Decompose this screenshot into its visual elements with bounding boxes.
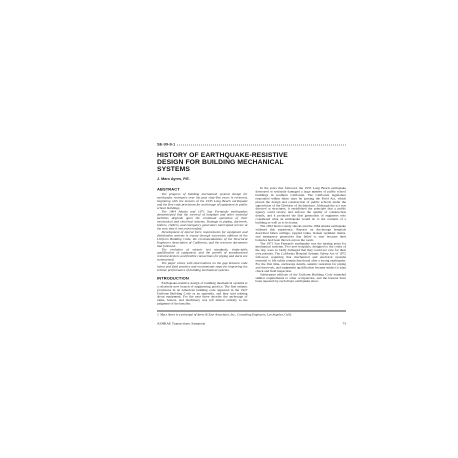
body-paragraph-2: The 1952 Kern County shocks and the 1964…	[256, 225, 347, 242]
header-dotted-rule	[177, 145, 346, 146]
paper-title: HISTORY OF EARTHQUAKE-RESISTIVE DESIGN F…	[157, 152, 346, 173]
footer-journal-label: ASHRAE Transactions: Symposia	[157, 322, 205, 326]
introduction-heading: INTRODUCTION	[157, 276, 248, 281]
paper-number: SE-99-8-1	[157, 142, 177, 147]
introduction-paragraph-1: Earthquake-resistive design of building …	[157, 282, 248, 306]
left-column: ABSTRACT The progress of building mechan…	[157, 187, 248, 306]
abstract-paragraph-4: The evolution of seismic test standards,…	[157, 248, 248, 262]
title-line-3: SYSTEMS	[157, 166, 346, 173]
footer-page-number: 73	[343, 322, 347, 326]
body-paragraph-3: The 1971 San Fernando earthquake was the…	[256, 242, 347, 273]
footnote-rule	[157, 311, 346, 312]
abstract-paragraph-1: The progress of building mechanical syst…	[157, 193, 248, 210]
page-footer: ASHRAE Transactions: Symposia 73	[157, 322, 346, 326]
abstract-heading: ABSTRACT	[157, 187, 248, 192]
screenshot-canvas: SE-99-8-1 HISTORY OF EARTHQUAKE-RESISTIV…	[0, 0, 458, 458]
author-footnote: J. Marx Ayres is a principal of Ayres & …	[157, 313, 346, 317]
scale-wrapper: SE-99-8-1 HISTORY OF EARTHQUAKE-RESISTIV…	[0, 0, 458, 458]
paper-sheet: SE-99-8-1 HISTORY OF EARTHQUAKE-RESISTIV…	[157, 142, 346, 326]
body-paragraph-4: Subsequent editions of the Uniform Build…	[256, 273, 347, 283]
body-paragraph-1: In the years that followed, the 1933 Lon…	[256, 187, 347, 225]
abstract-paragraph-2: The 1964 Alaska and 1971 San Fernando ea…	[157, 210, 248, 231]
abstract-paragraph-5: The paper closes with observations on th…	[157, 262, 248, 272]
header-row: SE-99-8-1	[157, 142, 346, 147]
right-column: In the years that followed, the 1933 Lon…	[256, 187, 347, 306]
abstract-paragraph-3: Development of lateral force requirement…	[157, 231, 248, 248]
author-line: J. Marx Ayres, P.E.	[157, 177, 346, 181]
two-column-body: ABSTRACT The progress of building mechan…	[157, 187, 346, 306]
